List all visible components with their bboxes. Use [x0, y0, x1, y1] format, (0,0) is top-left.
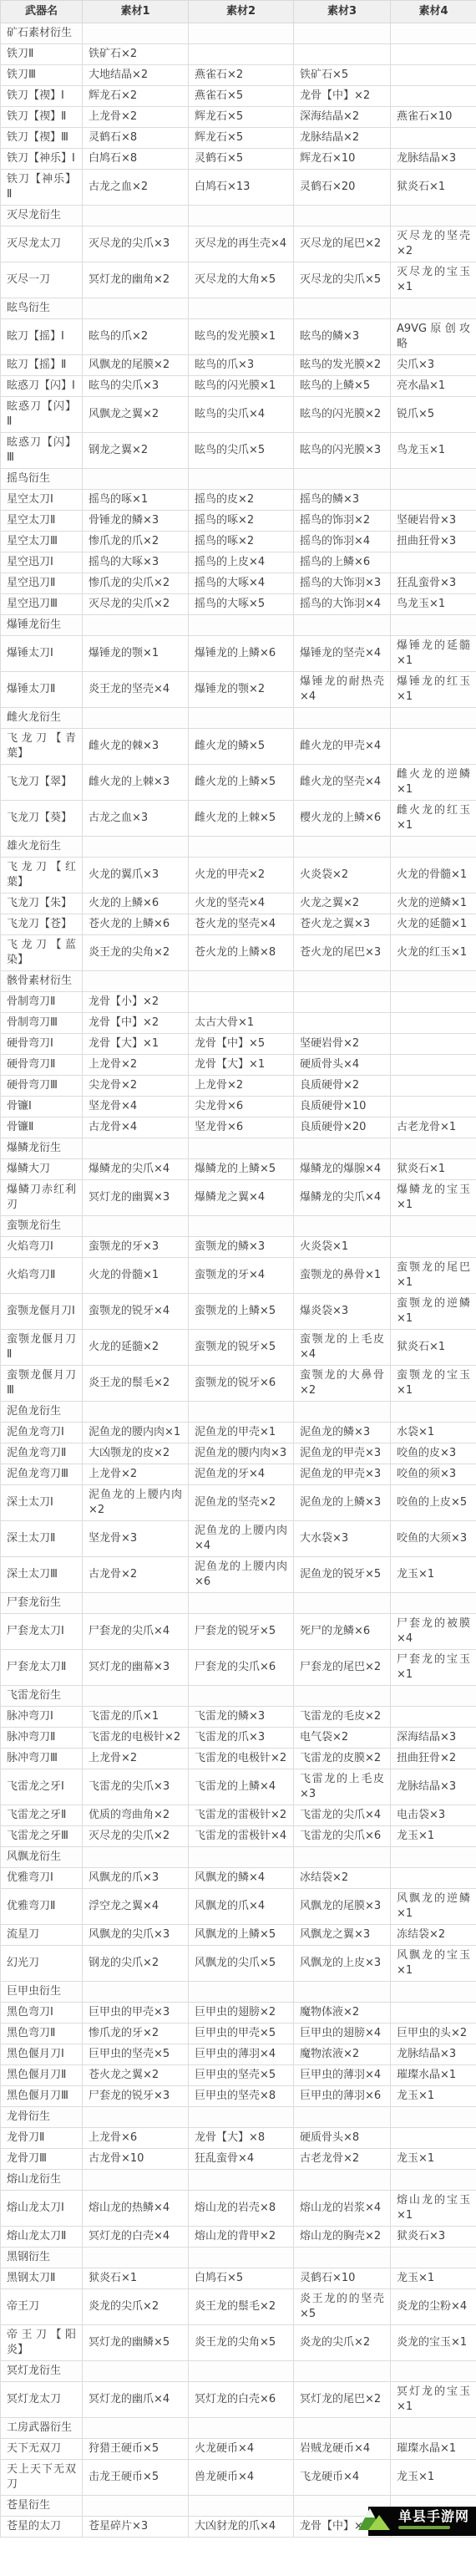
material-cell: 灭尽龙的再生壳×4: [189, 227, 294, 262]
column-header-4: 素材4: [391, 1, 476, 23]
empty-cell: [189, 1686, 294, 1707]
section-row: 冥灯龙衍生: [1, 2361, 476, 2382]
material-cell: 飞雷龙的尖爪×3: [83, 1769, 189, 1805]
weapon-row: 星空太刀Ⅰ摇鸟的啄×1摇鸟的皮×2摇鸟的鳞×3: [1, 490, 476, 511]
section-label-cell: 雌火龙衍生: [1, 708, 83, 729]
material-cell: 摇鸟的饰羽×4: [294, 532, 391, 552]
material-cell: 龙玉×1: [391, 2086, 476, 2107]
weapon-name-cell: 爆锤太刀Ⅱ: [1, 672, 83, 708]
material-cell: 燕雀石×5: [189, 86, 294, 107]
section-row: 熔山龙衍生: [1, 2170, 476, 2191]
weapon-name-cell: 铁刀【禊】Ⅰ: [1, 86, 83, 107]
empty-cell: [189, 1593, 294, 1614]
material-cell: 尖龙骨×2: [83, 1076, 189, 1097]
weapon-name-cell: 星空迅刀Ⅱ: [1, 573, 83, 594]
material-cell: 火炎袋×2: [294, 858, 391, 893]
weapon-name-cell: 骨制弯刀Ⅱ: [1, 992, 83, 1013]
weapon-name-cell: 熔山龙太刀Ⅱ: [1, 2227, 83, 2248]
weapon-name-cell: 蛮颚龙偃月刀Ⅲ: [1, 1366, 83, 1402]
material-cell: 泥鱼龙的锐牙×5: [294, 1557, 391, 1593]
header-row: 武器名素材1素材2素材3素材4: [1, 1, 476, 23]
weapon-row: 铁刀【神乐】Ⅱ古龙之血×2白鸠石×13灵鹤石×20狱炎石×1: [1, 170, 476, 206]
material-cell: 蛮颚龙的锐牙×5: [189, 1330, 294, 1366]
empty-cell: [189, 2248, 294, 2268]
material-cell: 魔物浓液×2: [294, 2044, 391, 2065]
weapon-name-cell: 黑色偃月刀Ⅱ: [1, 2065, 83, 2086]
material-cell: 炎龙的尘粉×4: [391, 2289, 476, 2325]
material-cell: 冥灯龙的白壳×6: [189, 2382, 294, 2418]
material-cell: 上龙骨×2: [83, 1055, 189, 1076]
material-cell: 炎王龙的尖角×2: [83, 935, 189, 971]
material-cell: 泥鱼龙的上腰内肉×4: [189, 1521, 294, 1557]
material-cell: [391, 1055, 476, 1076]
weapon-name-cell: 铁刀【神乐】Ⅱ: [1, 170, 83, 206]
weapon-row: 冥灯龙太刀冥灯龙的幽爪×4冥灯龙的白壳×6冥灯龙的尾巴×2冥灯龙的宝玉×1: [1, 2382, 476, 2418]
material-cell: 灭尽龙的尾巴×2: [294, 227, 391, 262]
empty-cell: [294, 1593, 391, 1614]
material-cell: 古老龙骨×1: [391, 1117, 476, 1138]
weapon-row: 爆锤太刀Ⅰ爆锤龙的颚×1爆锤龙的上鳞×6爆锤龙的坚壳×4爆锤龙的延髓×1: [1, 636, 476, 672]
weapon-name-cell: 飞龙刀【朱】: [1, 893, 83, 914]
material-cell: 眩鸟的闪光膜×1: [189, 376, 294, 397]
material-cell: 飞雷龙的雷极针×2: [189, 1805, 294, 1826]
column-header-3: 素材3: [294, 1, 391, 23]
material-cell: 灭尽龙的宝玉×1: [391, 262, 476, 298]
empty-cell: [294, 2170, 391, 2191]
weapon-name-cell: 脉冲弯刀Ⅰ: [1, 1707, 83, 1728]
empty-cell: [294, 708, 391, 729]
weapon-row: 火焰弯刀Ⅱ火龙的骨髓×1蛮颚龙的牙×4蛮颚龙的鼻骨×1蛮颚龙的尾巴×1: [1, 1258, 476, 1294]
site-watermark-badge: 单县手游网: [368, 2507, 476, 2536]
material-cell: 魔物体液×2: [294, 2003, 391, 2024]
section-row: 尸套龙衍生: [1, 1593, 476, 1614]
weapon-name-cell: 骨制弯刀Ⅲ: [1, 1013, 83, 1034]
weapon-name-cell: 帝王刀: [1, 2289, 83, 2325]
material-cell: 眩鸟的尖爪×4: [189, 397, 294, 433]
weapon-name-cell: 泥鱼龙弯刀Ⅱ: [1, 1443, 83, 1464]
material-cell: 炎龙的宝玉×1: [391, 2325, 476, 2361]
weapon-row: 眩惑刀【闪】Ⅰ眩鸟的尖爪×3眩鸟的闪光膜×1眩鸟的上鳞×5亮水晶×1: [1, 376, 476, 397]
weapon-name-cell: 飞龙刀【翠】: [1, 765, 83, 801]
weapon-name-cell: 硬骨弯刀Ⅰ: [1, 1034, 83, 1055]
material-cell: 爆锤龙的颚×2: [189, 672, 294, 708]
weapon-name-cell: 深土太刀Ⅰ: [1, 1485, 83, 1521]
material-cell: 火龙的延髓×1: [391, 914, 476, 935]
material-cell: 眩鸟的爪×2: [83, 319, 189, 355]
material-cell: 熔山龙的背甲×2: [189, 2227, 294, 2248]
weapon-row: 幻光刀钢龙的尖爪×2风飘龙的尖爪×5风飘龙的上皮×3风飘龙的宝玉×1: [1, 1946, 476, 1982]
weapon-name-cell: 骨镰Ⅱ: [1, 1117, 83, 1138]
material-cell: 巨甲虫的甲壳×5: [189, 2024, 294, 2044]
section-row: 摇鸟衍生: [1, 469, 476, 490]
weapon-name-cell: 铁刀【神乐】Ⅰ: [1, 149, 83, 170]
weapon-row: 铁刀【禊】Ⅲ灵鹤石×8辉龙石×5龙脉结晶×2: [1, 128, 476, 149]
material-cell: 尸套龙的尖爪×4: [83, 1614, 189, 1650]
material-cell: 风飘龙的爪×3: [83, 1868, 189, 1889]
empty-cell: [294, 2361, 391, 2382]
weapon-row: 灭尽一刀冥灯龙的幽角×2灭尽龙的大角×5灭尽龙的尖爪×5灭尽龙的宝玉×1: [1, 262, 476, 298]
material-cell: 狱炎石×3: [391, 2227, 476, 2248]
material-cell: [391, 128, 476, 149]
material-cell: 兽龙硬币×4: [189, 2460, 294, 2496]
empty-cell: [83, 2170, 189, 2191]
material-cell: 眩鸟的发光膜×2: [294, 355, 391, 376]
weapon-row: 尸套龙太刀Ⅱ冥灯龙的幽幕×3尸套龙的尖爪×6尸套龙的尾巴×2尸套龙的宝玉×1: [1, 1650, 476, 1686]
material-cell: [391, 2128, 476, 2149]
empty-cell: [391, 1686, 476, 1707]
weapon-name-cell: 爆鳞刀赤红利刃: [1, 1180, 83, 1216]
weapon-name-cell: 流星刀: [1, 1925, 83, 1946]
material-cell: [294, 1013, 391, 1034]
weapon-name-cell: 飞龙刀【葵】: [1, 801, 83, 837]
weapon-row: 天下无双刀狩猎王硬币×5火龙硬币×4岩贼龙硬币×4璀璨水晶×1: [1, 2439, 476, 2460]
empty-cell: [294, 298, 391, 319]
material-cell: 辉龙石×5: [189, 107, 294, 128]
weapon-name-cell: 黑钢太刀Ⅱ: [1, 2268, 83, 2289]
material-cell: 古龙之血×2: [83, 170, 189, 206]
material-cell: 火龙的延髓×2: [83, 1330, 189, 1366]
material-cell: 咬鱼的须×3: [391, 1464, 476, 1485]
material-cell: 熔山龙的宝玉×1: [391, 2191, 476, 2227]
empty-cell: [189, 2107, 294, 2128]
weapon-row: 火焰弯刀Ⅰ蛮颚龙的牙×3蛮颚龙的鳞×3火炎袋×1: [1, 1237, 476, 1258]
weapon-row: 飞龙刀【苍】苍火龙的上鳞×6苍火龙的坚壳×4苍火龙之翼×3火龙的延髓×1: [1, 914, 476, 935]
weapon-name-cell: 眩惑刀【闪】Ⅱ: [1, 397, 83, 433]
weapon-name-cell: 星空太刀Ⅱ: [1, 511, 83, 532]
weapon-row: 尸套龙太刀Ⅰ尸套龙的尖爪×4尸套龙的锐牙×5死尸的龙鳞×6尸套龙的被膜×4: [1, 1614, 476, 1650]
column-header-2: 素材2: [189, 1, 294, 23]
material-cell: 巨甲虫的坚壳×5: [83, 2044, 189, 2065]
empty-cell: [83, 2361, 189, 2382]
weapon-name-cell: 硬骨弯刀Ⅲ: [1, 1076, 83, 1097]
material-cell: 巨甲虫的薄羽×4: [294, 2065, 391, 2086]
empty-cell: [391, 2248, 476, 2268]
material-cell: 良质硬骨×20: [294, 1117, 391, 1138]
material-cell: 龙玉×1: [391, 1826, 476, 1847]
empty-cell: [83, 1982, 189, 2003]
column-header-1: 素材1: [83, 1, 189, 23]
material-cell: 冥灯龙的尾巴×2: [294, 2382, 391, 2418]
weapon-row: 泥鱼龙弯刀Ⅲ上龙骨×2泥鱼龙的牙×4泥鱼龙的甲壳×3咬鱼的须×3: [1, 1464, 476, 1485]
weapon-materials-page: 武器名素材1素材2素材3素材4 矿石素材衍生铁刀Ⅱ铁矿石×2铁刀Ⅲ大地结晶×2燕…: [0, 0, 476, 2538]
material-cell: [391, 729, 476, 765]
empty-cell: [294, 1138, 391, 1159]
section-label-cell: 工房武器衍生: [1, 2418, 83, 2439]
section-label-cell: 飞雷龙衍生: [1, 1686, 83, 1707]
weapon-row: 眩刀【摇】Ⅱ风飘龙的尾膜×2眩鸟的爪×3眩鸟的发光膜×2尖爪×3: [1, 355, 476, 376]
weapon-row: 灭尽龙太刀灭尽龙的尖爪×3灭尽龙的再生壳×4灭尽龙的尾巴×2灭尽龙的坚壳×2: [1, 227, 476, 262]
material-cell: 摇鸟的大饰羽×4: [294, 594, 391, 615]
weapon-name-cell: 深土太刀Ⅲ: [1, 1557, 83, 1593]
weapon-name-cell: 天下无双刀: [1, 2439, 83, 2460]
material-cell: 蛮颚龙的鼻骨×1: [294, 1258, 391, 1294]
material-cell: 风飘龙的宝玉×1: [391, 1946, 476, 1982]
weapon-name-cell: 眩刀【摇】Ⅱ: [1, 355, 83, 376]
weapon-name-cell: 泥鱼龙弯刀Ⅲ: [1, 1464, 83, 1485]
weapon-name-cell: 苍星的太刀: [1, 2517, 83, 2538]
weapon-row: 眩惑刀【闪】Ⅱ风飘龙之翼×2眩鸟的尖爪×4眩鸟的闪光膜×2锐爪×5: [1, 397, 476, 433]
empty-cell: [83, 23, 189, 44]
material-cell: 巨甲虫的薄羽×6: [294, 2086, 391, 2107]
material-cell: 狩猎王硬币×5: [83, 2439, 189, 2460]
material-cell: 风飘龙的逆鳞×1: [391, 1889, 476, 1925]
material-cell: 龙玉×1: [391, 1557, 476, 1593]
material-cell: 飞雷龙的毛皮×2: [294, 1707, 391, 1728]
material-cell: 飞雷龙的鳞×3: [189, 1707, 294, 1728]
empty-cell: [391, 2418, 476, 2439]
weapon-row: 飞龙刀【红葉】火龙的翼爪×3火龙的甲壳×2火炎袋×2火龙的骨髓×1: [1, 858, 476, 893]
material-cell: 冻结袋×2: [391, 1925, 476, 1946]
material-cell: 蛮颚龙的宝玉×1: [391, 1366, 476, 1402]
material-cell: 大地结晶×2: [83, 65, 189, 86]
material-cell: 坚龙骨×4: [83, 1097, 189, 1117]
empty-cell: [294, 23, 391, 44]
weapon-name-cell: 火焰弯刀Ⅰ: [1, 1237, 83, 1258]
material-cell: 龙玉×1: [391, 2149, 476, 2170]
weapon-row: 熔山龙太刀Ⅱ冥灯龙的白壳×4熔山龙的背甲×2熔山龙的胸壳×2狱炎石×3: [1, 2227, 476, 2248]
weapon-name-cell: 硬骨弯刀Ⅱ: [1, 1055, 83, 1076]
material-cell: 炎王龙的尖角×5: [189, 2325, 294, 2361]
weapon-name-cell: 铁刀Ⅱ: [1, 44, 83, 65]
weapon-row: 龙骨刀Ⅲ古龙骨×10狂乱蛮骨×4古老龙骨×2龙玉×1: [1, 2149, 476, 2170]
empty-cell: [189, 1847, 294, 1868]
material-cell: 璀璨水晶×1: [391, 2065, 476, 2086]
material-cell: 火龙的骨髓×1: [83, 1258, 189, 1294]
material-cell: 熔山龙的胸壳×2: [294, 2227, 391, 2248]
material-cell: 龙骨【中】×2: [83, 1013, 189, 1034]
material-cell: 坚龙骨×6: [189, 1117, 294, 1138]
material-cell: 爆锤龙的耐热壳×4: [294, 672, 391, 708]
material-cell: 灭尽龙的坚壳×2: [391, 227, 476, 262]
material-cell: 樱火龙的上鳞×6: [294, 801, 391, 837]
material-cell: 咬鱼的大须×3: [391, 1521, 476, 1557]
weapon-row: 黑钢太刀Ⅱ狱炎石×1白鸠石×5灵鹤石×10龙玉×1: [1, 2268, 476, 2289]
weapon-name-cell: 眩惑刀【闪】Ⅲ: [1, 433, 83, 469]
empty-cell: [391, 1982, 476, 2003]
empty-cell: [391, 837, 476, 858]
material-cell: 龙脉结晶×3: [391, 2044, 476, 2065]
empty-cell: [83, 206, 189, 227]
weapon-name-cell: 龙骨刀Ⅲ: [1, 2149, 83, 2170]
material-cell: 雌火龙的上棘×5: [189, 801, 294, 837]
weapon-row: 天上天下无双刀击龙王硬币×5兽龙硬币×4飞龙硬币×4龙玉×1: [1, 2460, 476, 2496]
material-cell: 炎龙的尖爪×2: [294, 2325, 391, 2361]
weapon-name-cell: 铁刀【禊】Ⅱ: [1, 107, 83, 128]
section-row: 工房武器衍生: [1, 2418, 476, 2439]
material-cell: 摇鸟的大啄×4: [189, 573, 294, 594]
empty-cell: [294, 1847, 391, 1868]
weapon-name-cell: 铁刀【禊】Ⅲ: [1, 128, 83, 149]
empty-cell: [189, 1216, 294, 1237]
material-cell: 尸套龙的尖爪×6: [189, 1650, 294, 1686]
material-cell: 铁矿石×2: [83, 44, 189, 65]
section-label-cell: 骸骨素材衍生: [1, 971, 83, 992]
material-cell: 苍火龙的尾巴×3: [294, 935, 391, 971]
weapon-name-cell: 尸套龙太刀Ⅱ: [1, 1650, 83, 1686]
section-row: 雄火龙衍生: [1, 837, 476, 858]
material-cell: 优质的弯曲角×2: [83, 1805, 189, 1826]
weapon-row: 星空太刀Ⅲ惨爪龙的爪×2摇鸟的啄×2摇鸟的饰羽×4扭曲狂骨×3: [1, 532, 476, 552]
material-cell: 蛮颚龙的鳞×3: [189, 1237, 294, 1258]
material-cell: 尖爪×3: [391, 355, 476, 376]
weapon-row: 龙骨刀Ⅱ上龙骨×6龙骨【大】×8硬质骨头×8: [1, 2128, 476, 2149]
empty-cell: [189, 23, 294, 44]
material-cell: 摇鸟的大饰羽×3: [294, 573, 391, 594]
material-cell: 泥鱼龙的上鳞×3: [294, 1485, 391, 1521]
empty-cell: [391, 1216, 476, 1237]
material-cell: 眩鸟的尖爪×5: [189, 433, 294, 469]
weapon-row: 深土太刀Ⅰ泥鱼龙的上腰内肉×2泥鱼龙的坚壳×2泥鱼龙的上鳞×3咬鱼的上皮×5: [1, 1485, 476, 1521]
empty-cell: [83, 1216, 189, 1237]
material-cell: 深海结晶×2: [294, 107, 391, 128]
material-cell: 眩鸟的上鳞×5: [294, 376, 391, 397]
empty-cell: [391, 971, 476, 992]
empty-cell: [83, 1686, 189, 1707]
weapon-row: 铁刀【禊】Ⅰ辉龙石×2燕雀石×5龙骨【中】×2: [1, 86, 476, 107]
material-cell: [391, 1097, 476, 1117]
material-cell: 风飘龙的尖爪×3: [83, 1925, 189, 1946]
material-cell: 火龙硬币×4: [189, 2439, 294, 2460]
section-label-cell: 爆锤龙衍生: [1, 615, 83, 636]
material-cell: 上龙骨×6: [83, 2128, 189, 2149]
empty-cell: [189, 1138, 294, 1159]
weapon-name-cell: 灭尽一刀: [1, 262, 83, 298]
section-row: 矿石素材衍生: [1, 23, 476, 44]
material-cell: 上龙骨×2: [189, 1076, 294, 1097]
material-cell: 尸套龙的锐牙×5: [189, 1614, 294, 1650]
weapon-row: 骨制弯刀Ⅲ龙骨【中】×2太古大骨×1: [1, 1013, 476, 1034]
material-cell: 灭尽龙的尖爪×2: [83, 594, 189, 615]
weapon-name-cell: 黑色弯刀Ⅰ: [1, 2003, 83, 2024]
material-cell: 龙骨【中】×2: [294, 86, 391, 107]
weapon-row: 泥鱼龙弯刀Ⅱ大凶颚龙的皮×2泥鱼龙的腰内肉×3泥鱼龙的甲壳×3咬鱼的皮×3: [1, 1443, 476, 1464]
weapon-row: 黑色偃月刀Ⅰ巨甲虫的坚壳×5巨甲虫的薄羽×4魔物浓液×2龙脉结晶×3: [1, 2044, 476, 2065]
material-cell: 古老龙骨×2: [294, 2149, 391, 2170]
material-cell: 白鸠石×13: [189, 170, 294, 206]
empty-cell: [391, 298, 476, 319]
material-cell: 鸟龙玉×1: [391, 433, 476, 469]
weapon-row: 飞龙刀【翠】雌火龙的上棘×3雌火龙的上鳞×5雌火龙的坚壳×4雌火龙的逆鳞×1: [1, 765, 476, 801]
section-label-cell: 苍星衍生: [1, 2496, 83, 2517]
material-cell: 爆锤龙的红玉×1: [391, 672, 476, 708]
material-cell: 龙玉×1: [391, 2460, 476, 2496]
material-cell: 泥鱼龙的坚壳×2: [189, 1485, 294, 1521]
empty-cell: [294, 469, 391, 490]
material-cell: 骨锤龙的鳞×3: [83, 511, 189, 532]
weapon-row: 熔山龙太刀Ⅰ熔山龙的热鳞×4熔山龙的岩壳×8熔山龙的岩浆×4熔山龙的宝玉×1: [1, 2191, 476, 2227]
material-cell: [391, 1076, 476, 1097]
section-row: 蛮颚龙衍生: [1, 1216, 476, 1237]
weapon-row: 蛮颚龙偃月刀Ⅰ蛮颚龙的锐牙×4蛮颚龙的上鳞×5爆炎袋×3蛮颚龙的逆鳞×1: [1, 1294, 476, 1330]
material-cell: [294, 992, 391, 1013]
material-cell: 龙骨【大】×1: [189, 1055, 294, 1076]
material-cell: 蛮颚龙的上鳞×5: [189, 1294, 294, 1330]
weapon-name-cell: 龙骨刀Ⅱ: [1, 2128, 83, 2149]
empty-cell: [391, 1402, 476, 1423]
material-cell: 击龙王硬币×5: [83, 2460, 189, 2496]
material-cell: 摇鸟的皮×2: [189, 490, 294, 511]
section-label-cell: 尸套龙衍生: [1, 1593, 83, 1614]
section-row: 飞雷龙衍生: [1, 1686, 476, 1707]
material-cell: 巨甲虫的薄羽×4: [189, 2044, 294, 2065]
empty-cell: [83, 837, 189, 858]
weapon-name-cell: 铁刀Ⅲ: [1, 65, 83, 86]
material-cell: 爆鳞龙的尖爪×4: [294, 1180, 391, 1216]
material-cell: 雌火龙的红玉×1: [391, 801, 476, 837]
material-cell: 水袋×1: [391, 1423, 476, 1443]
material-cell: 泥鱼龙的鳞×3: [294, 1423, 391, 1443]
material-cell: [391, 1868, 476, 1889]
material-cell: 古龙骨×10: [83, 2149, 189, 2170]
material-cell: 辉龙石×2: [83, 86, 189, 107]
weapon-name-cell: 泥鱼龙弯刀Ⅰ: [1, 1423, 83, 1443]
weapon-row: 蛮颚龙偃月刀Ⅱ火龙的延髓×2蛮颚龙的锐牙×5蛮颚龙的上毛皮×4狱炎石×1: [1, 1330, 476, 1366]
empty-cell: [83, 2107, 189, 2128]
material-cell: 爆锤龙的上鳞×6: [189, 636, 294, 672]
empty-cell: [294, 1216, 391, 1237]
material-cell: 龙骨【大】×1: [83, 1034, 189, 1055]
material-cell: 白鸠石×5: [189, 2268, 294, 2289]
material-cell: 龙骨【大】×8: [189, 2128, 294, 2149]
weapon-name-cell: 火焰弯刀Ⅱ: [1, 1258, 83, 1294]
material-cell: 苍火龙的上鳞×8: [189, 935, 294, 971]
material-cell: 燕雀石×10: [391, 107, 476, 128]
section-label-cell: 蛮颚龙衍生: [1, 1216, 83, 1237]
material-cell: 爆锤龙的坚壳×4: [294, 636, 391, 672]
material-cell: 巨甲虫的坚壳×8: [189, 2086, 294, 2107]
weapon-name-cell: 爆锤太刀Ⅰ: [1, 636, 83, 672]
material-cell: 尸套龙的锐牙×3: [83, 2086, 189, 2107]
section-row: 爆锤龙衍生: [1, 615, 476, 636]
material-cell: [391, 1237, 476, 1258]
material-cell: 摇鸟的饰羽×2: [294, 511, 391, 532]
material-cell: 冥灯龙的幽鳞×5: [83, 2325, 189, 2361]
material-cell: 飞龙硬币×4: [294, 2460, 391, 2496]
section-label-cell: 巨甲虫衍生: [1, 1982, 83, 2003]
weapon-name-cell: 飞雷龙之牙Ⅲ: [1, 1826, 83, 1847]
material-cell: [391, 1034, 476, 1055]
material-cell: 钢龙的尖爪×2: [83, 1946, 189, 1982]
weapon-row: 铁刀Ⅱ铁矿石×2: [1, 44, 476, 65]
material-cell: 钢龙之翼×2: [83, 433, 189, 469]
material-cell: 爆锤龙的颚×1: [83, 636, 189, 672]
section-label-cell: 风飘龙衍生: [1, 1847, 83, 1868]
weapon-row: 黑色偃月刀Ⅱ苍火龙之翼×2巨甲虫的坚壳×5巨甲虫的薄羽×4璀璨水晶×1: [1, 2065, 476, 2086]
material-cell: 眩鸟的发光膜×1: [189, 319, 294, 355]
empty-cell: [83, 469, 189, 490]
section-label-cell: 熔山龙衍生: [1, 2170, 83, 2191]
material-cell: 璀璨水晶×1: [391, 2439, 476, 2460]
weapon-name-cell: 飞龙刀【红葉】: [1, 858, 83, 893]
material-cell: [391, 552, 476, 573]
weapon-row: 优雅弯刀Ⅱ浮空龙之翼×4风飘龙的爪×4风飘龙的尾膜×3风飘龙的逆鳞×1: [1, 1889, 476, 1925]
material-cell: [391, 992, 476, 1013]
material-cell: 咬鱼的皮×3: [391, 1443, 476, 1464]
empty-cell: [189, 2496, 294, 2517]
material-cell: 火炎袋×1: [294, 1237, 391, 1258]
material-cell: 惨爪龙的牙×2: [83, 2024, 189, 2044]
material-cell: 飞雷龙的爪×3: [189, 1728, 294, 1749]
material-cell: 咬鱼的上皮×5: [391, 1485, 476, 1521]
material-cell: 蛮颚龙的大鼻骨×2: [294, 1366, 391, 1402]
empty-cell: [83, 708, 189, 729]
weapon-name-cell: 星空太刀Ⅲ: [1, 532, 83, 552]
material-cell: 硬质骨头×8: [294, 2128, 391, 2149]
material-cell: 摇鸟的啄×2: [189, 511, 294, 532]
material-cell: 摇鸟的啄×2: [189, 532, 294, 552]
weapon-name-cell: 星空太刀Ⅰ: [1, 490, 83, 511]
section-label-cell: 眩鸟衍生: [1, 298, 83, 319]
